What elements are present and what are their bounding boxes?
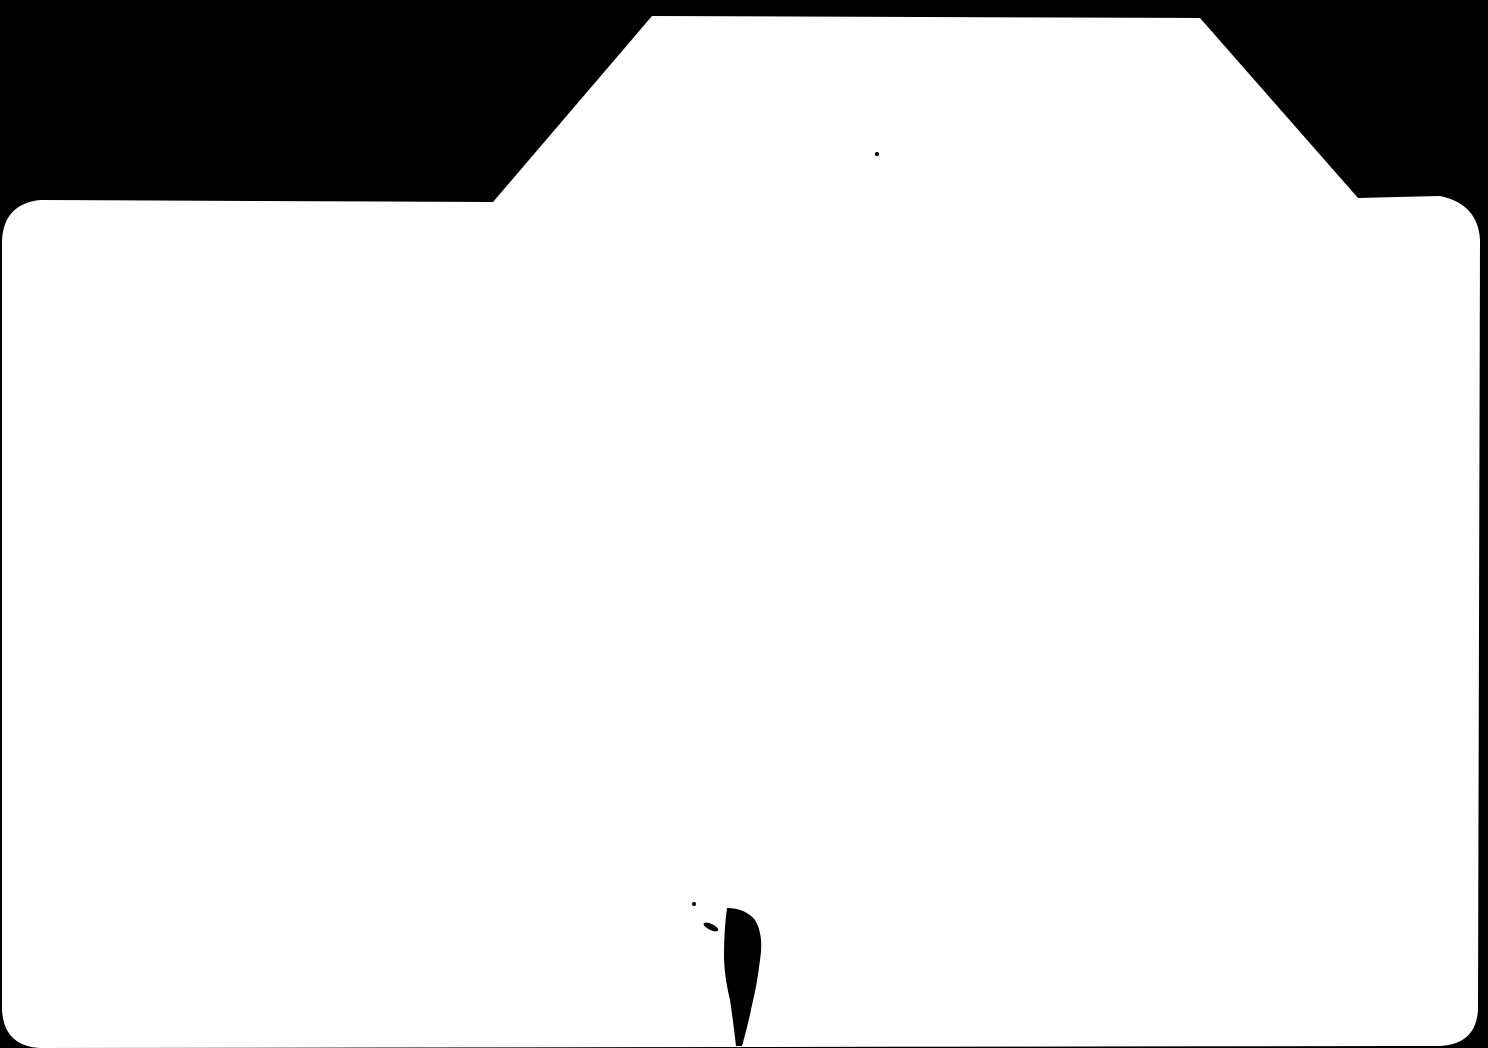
dark-speck bbox=[692, 902, 696, 906]
silhouette-canvas bbox=[0, 0, 1488, 1048]
dark-speck bbox=[875, 152, 879, 156]
